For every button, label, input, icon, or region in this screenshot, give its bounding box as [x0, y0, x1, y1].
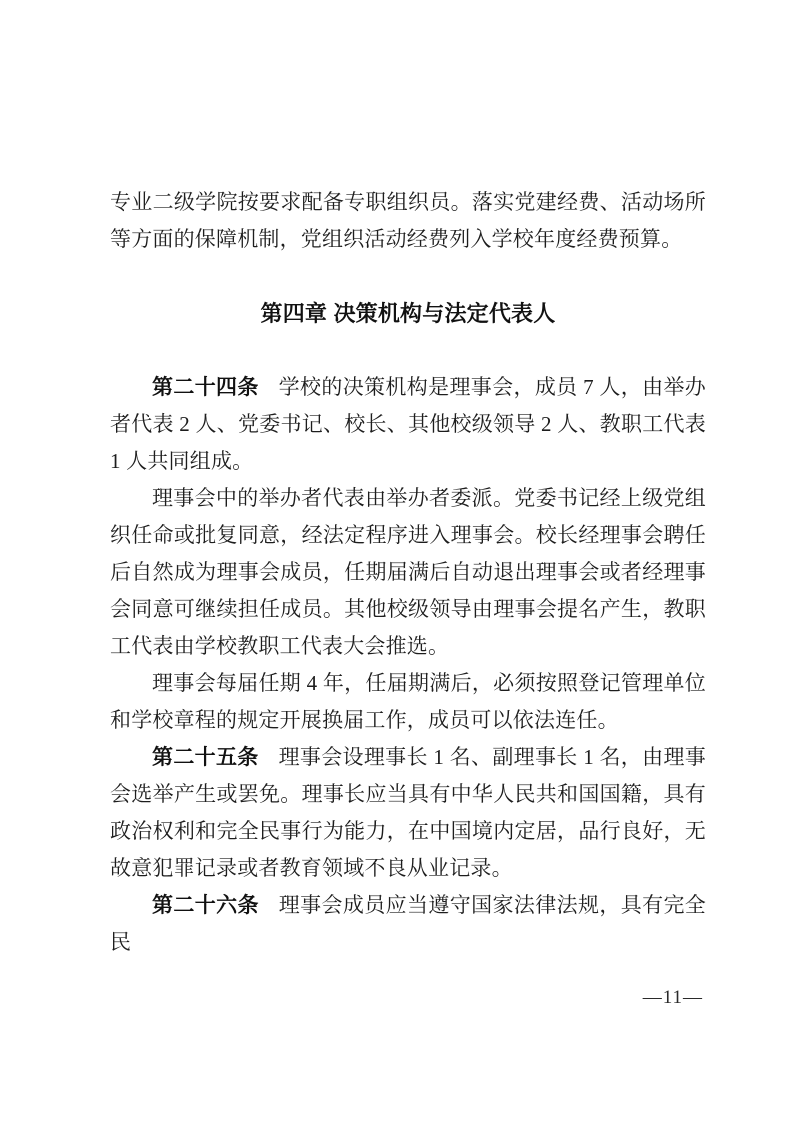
article-24-label: 第二十四条 [152, 376, 259, 399]
chapter-heading: 第四章 决策机构与法定代表人 [110, 295, 706, 332]
article-25-label: 第二十五条 [152, 746, 259, 769]
article-26-paragraph: 第二十六条理事会成员应当遵守国家法律法规，具有完全民 [110, 887, 706, 961]
continuation-paragraph: 专业二级学院按要求配备专职组织员。落实党建经费、活动场所等方面的保障机制，党组织… [110, 184, 706, 258]
article-24-subparagraph-2: 理事会每届任期 4 年，任届期满后，必须按照登记管理单位和学校章程的规定开展换届… [110, 665, 706, 739]
article-25-paragraph: 第二十五条理事会设理事长 1 名、副理事长 1 名，由理事会选举产生或罢免。理事… [110, 739, 706, 887]
document-body: 专业二级学院按要求配备专职组织员。落实党建经费、活动场所等方面的保障机制，党组织… [110, 184, 706, 961]
article-24-subparagraph-1: 理事会中的举办者代表由举办者委派。党委书记经上级党组织任命或批复同意，经法定程序… [110, 480, 706, 665]
document-page: 专业二级学院按要求配备专职组织员。落实党建经费、活动场所等方面的保障机制，党组织… [0, 0, 793, 1122]
page-number: —11— [643, 984, 703, 1012]
article-24-paragraph: 第二十四条学校的决策机构是理事会，成员 7 人，由举办者代表 2 人、党委书记、… [110, 369, 706, 480]
article-26-label: 第二十六条 [152, 894, 259, 917]
